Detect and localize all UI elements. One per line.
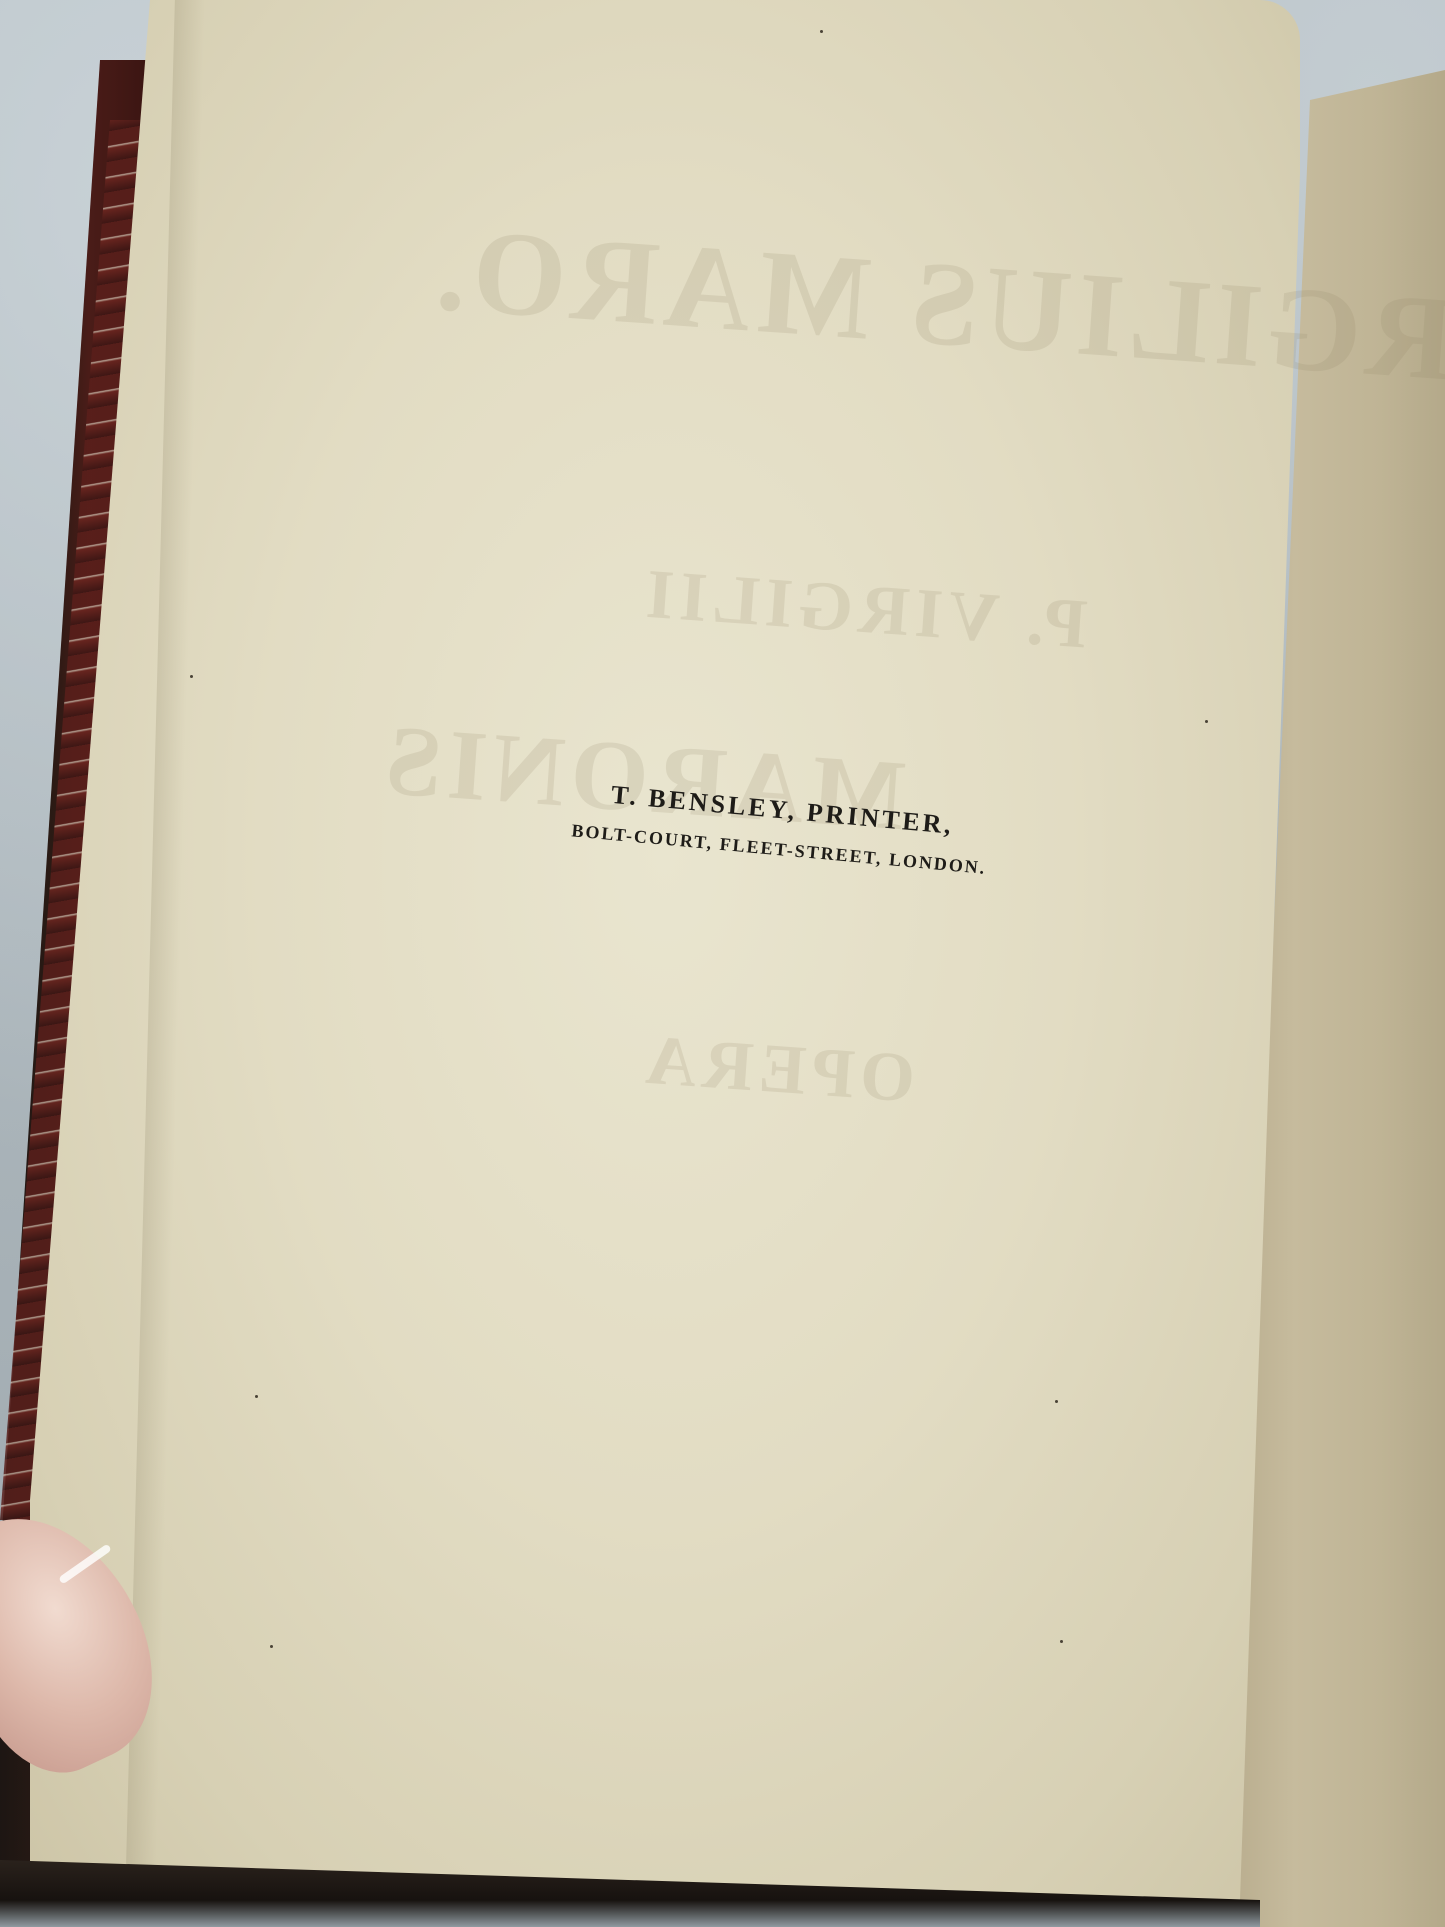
photo-scene: VIRGILIUS MARO. P. VIRGILII MARONIS OPER… <box>0 0 1445 1927</box>
paper-speck <box>190 675 193 678</box>
paper-speck <box>1205 720 1208 723</box>
paper-speck <box>270 1645 273 1648</box>
paper-speck <box>820 30 823 33</box>
paper-speck <box>255 1395 258 1398</box>
paper-speck <box>1060 1640 1063 1643</box>
paper-speck <box>1055 1400 1058 1403</box>
